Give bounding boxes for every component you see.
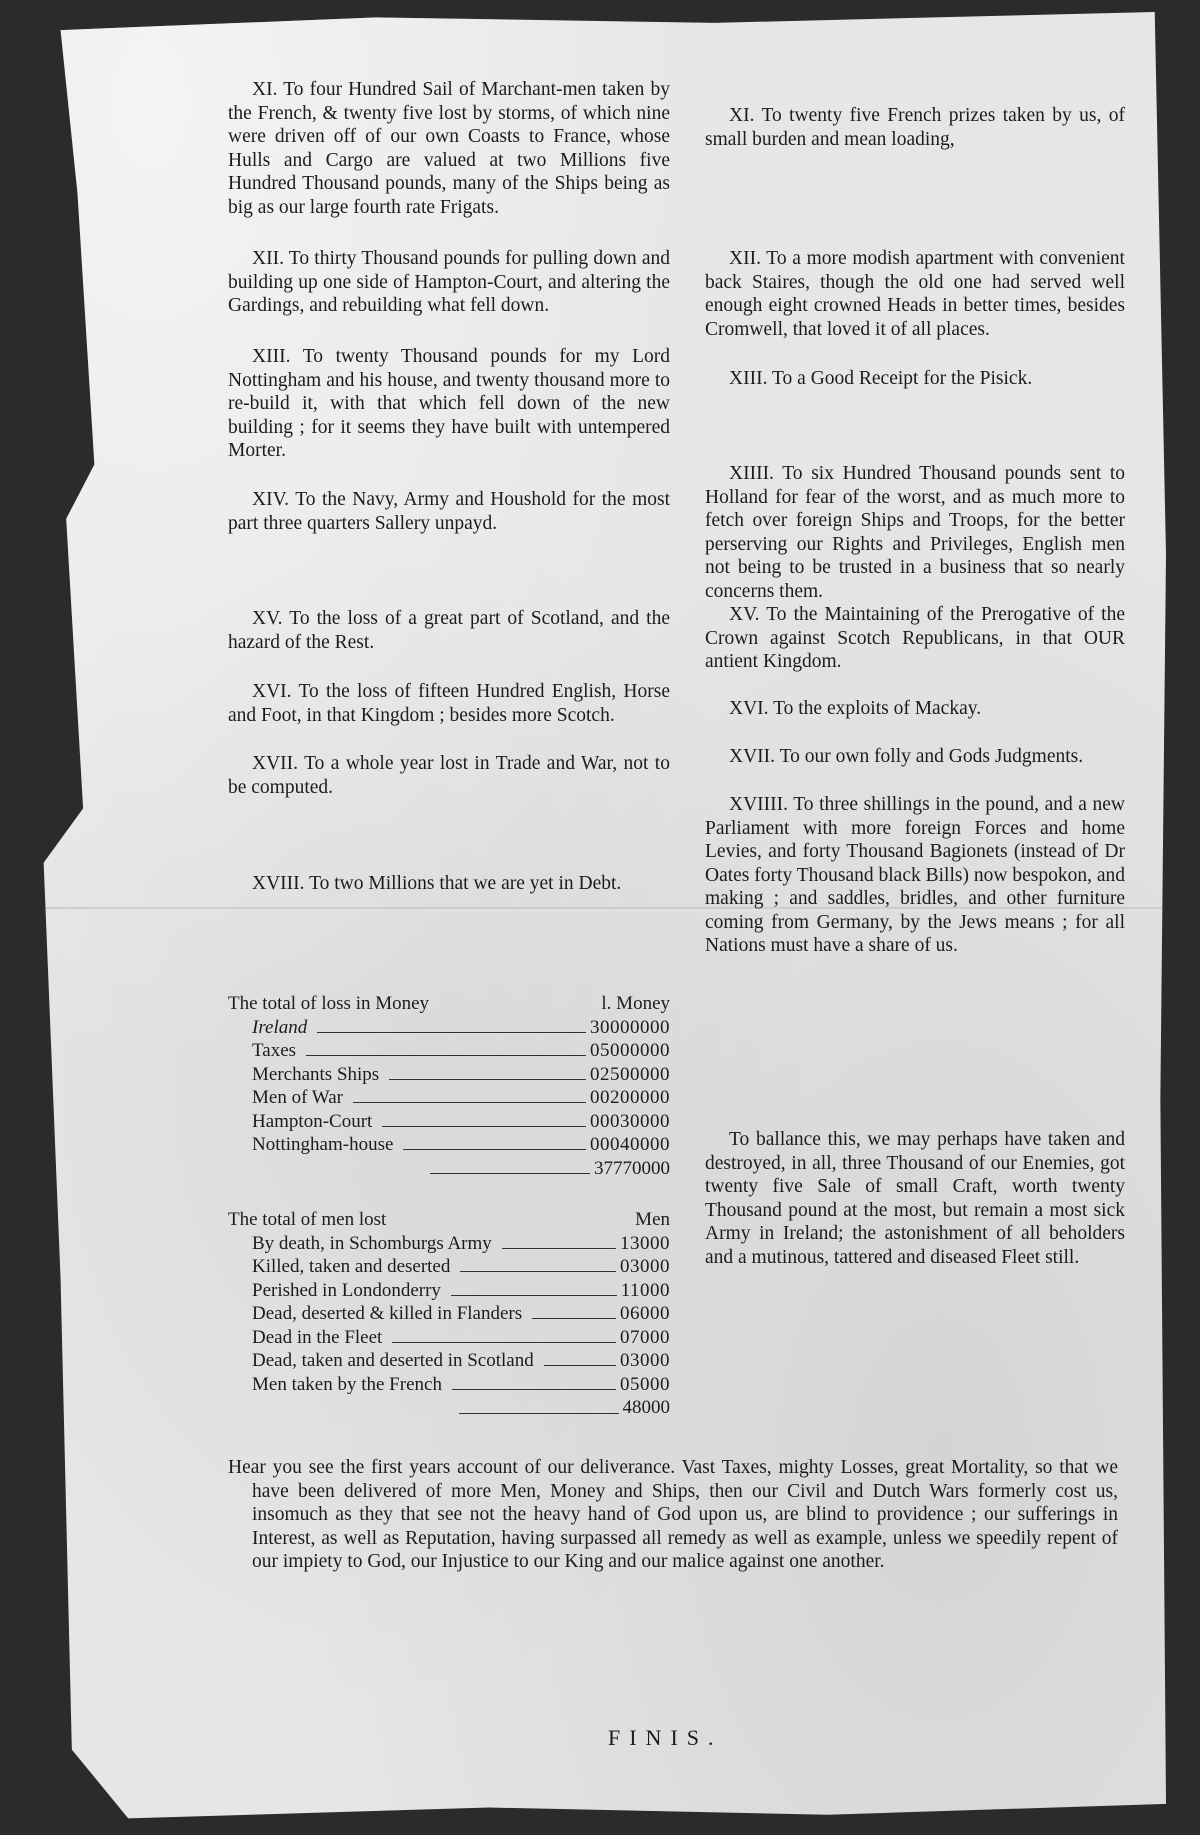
finis-label: FINIS. — [608, 1725, 723, 1751]
left-item-xviii: XVIII. To two Millions that we are yet i… — [228, 872, 670, 896]
right-item-xiiii: XIIII. To six Hundred Thousand pounds se… — [705, 462, 1125, 603]
right-item-xvii: XVII. To our own folly and Gods Judgment… — [705, 745, 1125, 769]
right-item-xiii: XIII. To a Good Receipt for the Pisick. — [705, 367, 1125, 391]
right-item-xv: XV. To the Maintaining of the Prerogativ… — [705, 603, 1125, 674]
left-item-xiv: XIV. To the Navy, Army and Houshold for … — [228, 488, 670, 535]
men-table-title: The total of men lost — [228, 1208, 386, 1232]
men-row: By death, in Schomburgs Army13000 — [228, 1232, 670, 1256]
left-item-xii: XII. To thirty Thousand pounds for pulli… — [228, 247, 670, 318]
right-item-xi: XI. To twenty five French prizes taken b… — [705, 104, 1125, 151]
men-row: Killed, taken and deserted03000 — [228, 1255, 670, 1279]
money-total: 37770000 — [594, 1157, 670, 1181]
men-row: Dead, deserted & killed in Flanders06000 — [228, 1302, 670, 1326]
men-table-unit: Men — [635, 1208, 670, 1232]
money-row: Hampton-Court00030000 — [228, 1110, 670, 1134]
money-total-row: 37770000 — [228, 1157, 670, 1181]
money-row: Nottingham-house00040000 — [228, 1133, 670, 1157]
right-item-xviiii: XVIIII. To three shillings in the pound,… — [705, 793, 1125, 958]
men-row: Men taken by the French05000 — [228, 1373, 670, 1397]
right-item-xii: XII. To a more modish apartment with con… — [705, 247, 1125, 341]
money-row: Ireland30000000 — [228, 1016, 670, 1040]
left-item-xv: XV. To the loss of a great part of Scotl… — [228, 607, 670, 654]
money-row: Men of War00200000 — [228, 1086, 670, 1110]
left-item-xi: XI. To four Hundred Sail of Marchant-men… — [228, 78, 670, 219]
men-row: Perished in Londonderry11000 — [228, 1279, 670, 1303]
men-row: Dead in the Fleet07000 — [228, 1326, 670, 1350]
money-row: Merchants Ships02500000 — [228, 1063, 670, 1087]
money-table-title: The total of loss in Money — [228, 992, 429, 1016]
money-row: Taxes05000000 — [228, 1039, 670, 1063]
left-item-xvii: XVII. To a whole year lost in Trade and … — [228, 752, 670, 799]
men-total-row: 48000 — [228, 1396, 670, 1420]
money-table-unit: l. Money — [601, 992, 670, 1016]
men-loss-table: The total of men lost Men By death, in S… — [228, 1208, 670, 1420]
left-item-xvi: XVI. To the loss of fifteen Hundred Engl… — [228, 680, 670, 727]
men-total: 48000 — [623, 1396, 671, 1420]
closing-paragraph: Hear you see the first years account of … — [228, 1456, 1118, 1574]
right-item-xvi: XVI. To the exploits of Mackay. — [705, 697, 1125, 721]
money-loss-table: The total of loss in Money l. Money Irel… — [228, 992, 670, 1180]
men-row: Dead, taken and deserted in Scotland0300… — [228, 1349, 670, 1373]
left-item-xiii: XIII. To twenty Thousand pounds for my L… — [228, 345, 670, 463]
ballance-paragraph: To ballance this, we may perhaps have ta… — [705, 1128, 1125, 1269]
